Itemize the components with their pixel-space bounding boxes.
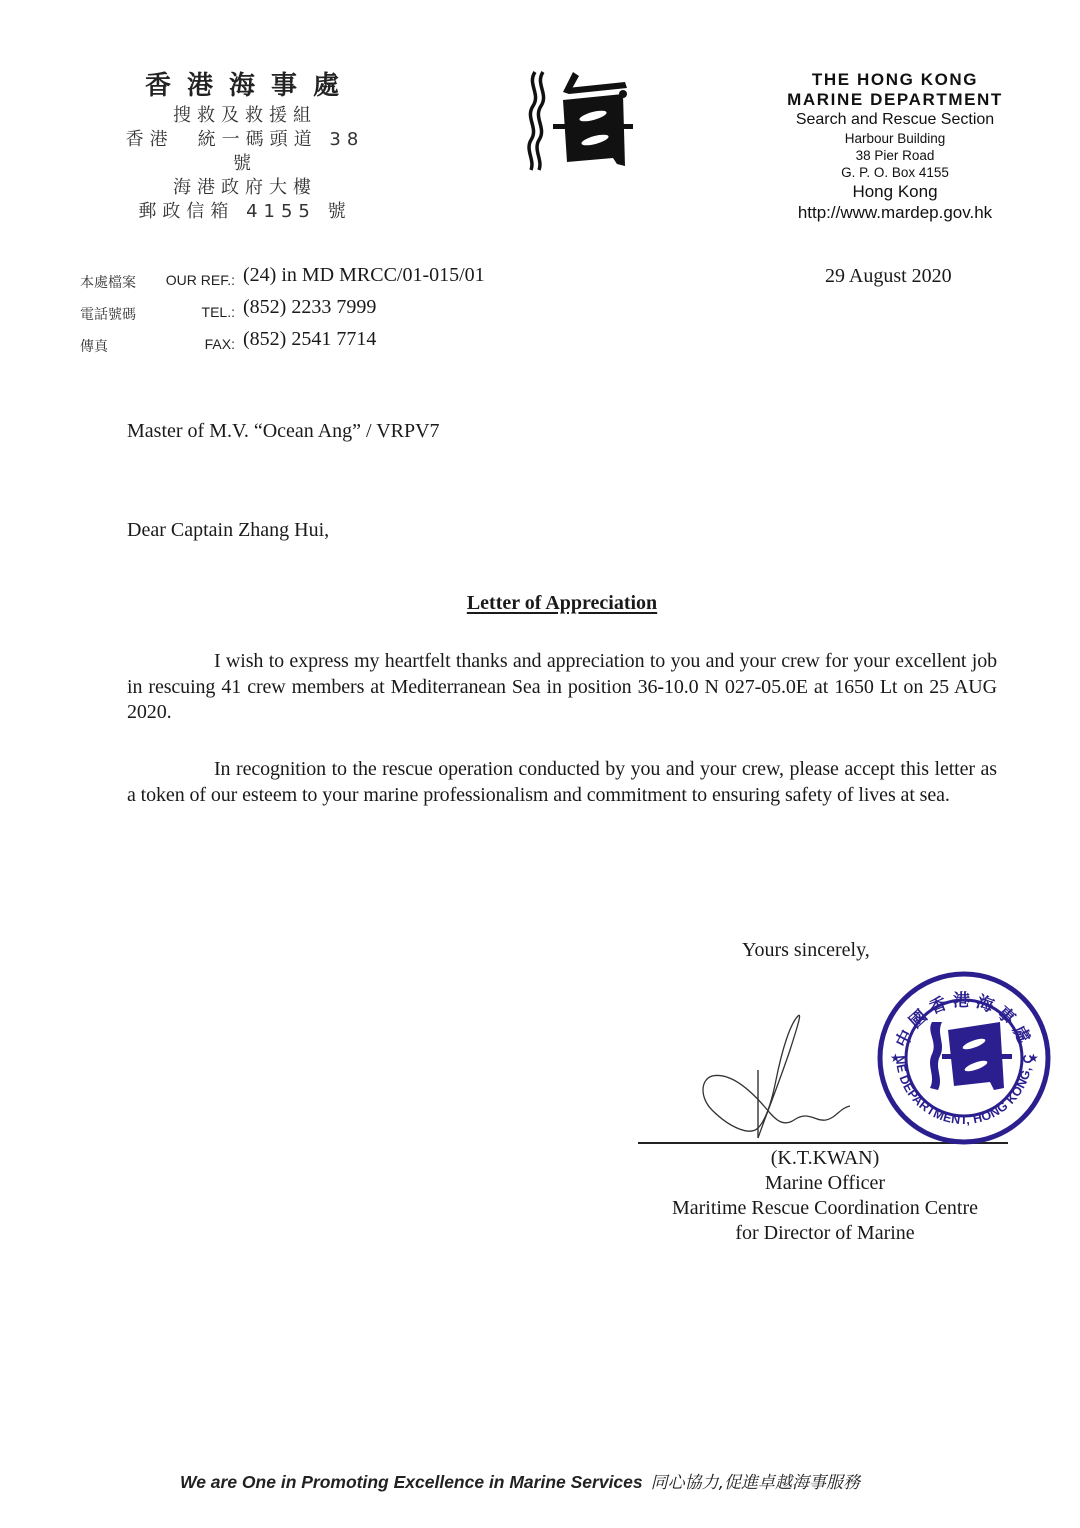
ref-value: (24) in MD MRCC/01-015/01 <box>243 264 485 287</box>
signatory-on-behalf: for Director of Marine <box>620 1221 1030 1246</box>
letterhead-chinese: 香港海事處 搜救及救援組 香港 統一碼頭道 38 號 海港政府大樓 郵政信箱 4… <box>110 68 380 224</box>
marine-department-logo-icon <box>523 66 633 172</box>
recipient: Master of M.V. “Ocean Ang” / VRPV7 <box>127 420 440 443</box>
address-street: 38 Pier Road <box>760 147 1030 164</box>
website-link[interactable]: http://www.mardep.gov.hk <box>760 202 1030 223</box>
letterhead-english: THE HONG KONG MARINE DEPARTMENT Search a… <box>760 70 1030 223</box>
body-paragraph-2: In recognition to the rescue operation c… <box>127 757 997 808</box>
signatory-title: Marine Officer <box>620 1171 1030 1196</box>
footer-motto: We are One in Promoting Excellence in Ma… <box>180 1468 940 1493</box>
salutation: Dear Captain Zhang Hui, <box>127 519 329 542</box>
signatory-block: (K.T.KWAN) Marine Officer Maritime Rescu… <box>620 1146 1030 1246</box>
signatory-name: (K.T.KWAN) <box>620 1146 1030 1171</box>
svg-text:★: ★ <box>890 1051 901 1065</box>
signature-icon <box>690 1010 870 1145</box>
ref-label: OUR REF.: <box>135 272 235 288</box>
address-box-zh: 郵政信箱 4155 號 <box>110 200 380 224</box>
signatory-unit: Maritime Rescue Coordination Centre <box>620 1196 1030 1221</box>
ref-label-zh: 本處檔案 <box>80 272 136 292</box>
fax-label-zh: 傳真 <box>80 336 108 356</box>
letter-date: 29 August 2020 <box>825 265 952 288</box>
body-paragraph-1: I wish to express my heartfelt thanks an… <box>127 649 997 726</box>
fax-value: (852) 2541 7714 <box>243 328 376 351</box>
tel-label-zh: 電話號碼 <box>80 304 136 324</box>
subject-text: Letter of Appreciation <box>467 592 657 614</box>
svg-text:★: ★ <box>1028 1051 1039 1065</box>
section-name: Search and Rescue Section <box>760 110 1030 130</box>
address-city: Hong Kong <box>760 181 1030 202</box>
motto-english: We are One in Promoting Excellence in Ma… <box>180 1472 643 1492</box>
address-box: G. P. O. Box 4155 <box>760 164 1030 181</box>
department-name-line2: MARINE DEPARTMENT <box>760 90 1030 110</box>
section-name-zh: 搜救及救援組 <box>110 104 380 128</box>
tel-label: TEL.: <box>135 304 235 320</box>
letter-subject: Letter of Appreciation <box>0 592 1080 615</box>
paragraph-1-text: I wish to express my heartfelt thanks an… <box>127 650 997 723</box>
motto-chinese: 同心協力,促進卓越海事服務 <box>651 1473 860 1493</box>
department-name-line1: THE HONG KONG <box>760 70 1030 90</box>
closing: Yours sincerely, <box>742 939 870 962</box>
paragraph-2-text: In recognition to the rescue operation c… <box>127 758 997 806</box>
address-building: Harbour Building <box>760 130 1030 147</box>
official-seal-icon: 中國香港海事處 MARINE DEPARTMENT, HONG KONG, CH… <box>876 970 1052 1146</box>
address-street-zh: 香港 統一碼頭道 38 號 <box>110 128 380 176</box>
tel-value: (852) 2233 7999 <box>243 296 376 319</box>
fax-label: FAX: <box>135 336 235 352</box>
address-building-zh: 海港政府大樓 <box>110 176 380 200</box>
department-name-zh: 香港海事處 <box>120 68 380 104</box>
